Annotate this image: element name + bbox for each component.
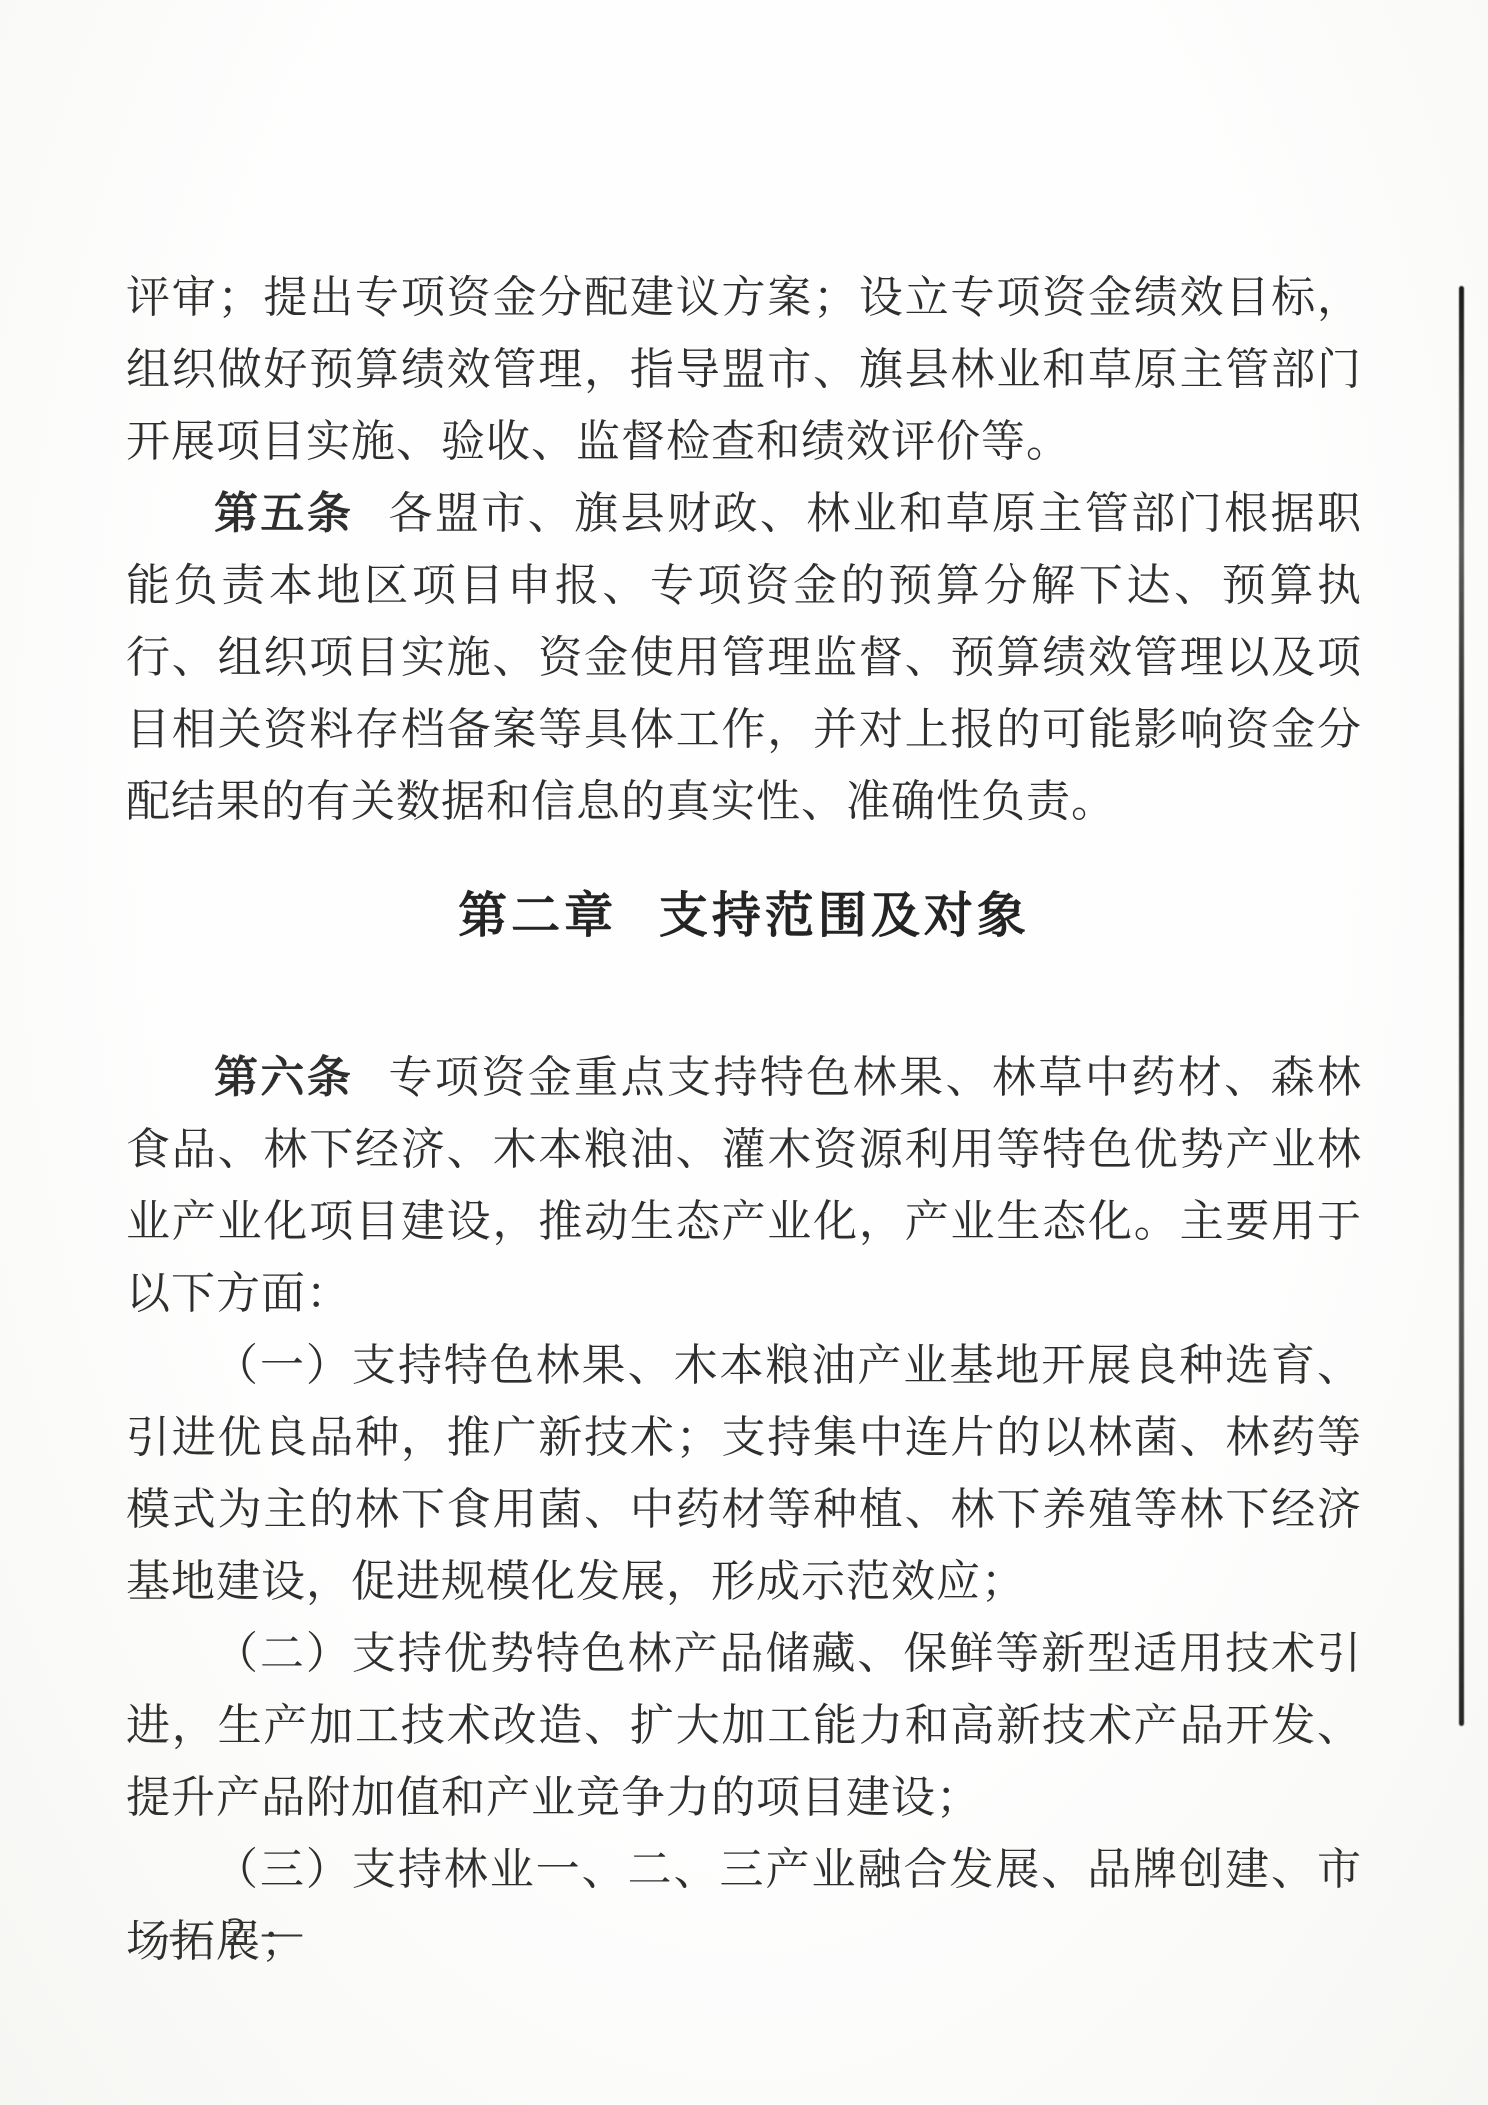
list-item-2: （二）支持优势特色林产品储藏、保鲜等新型适用技术引进，生产加工技术改造、扩大加工… xyxy=(126,1618,1362,1834)
scan-artifact-line xyxy=(1459,286,1464,1726)
chapter-heading: 第二章支持范围及对象 xyxy=(126,874,1362,958)
article-5-paragraph: 第五条各盟市、旗县财政、林业和草原主管部门根据职能负责本地区项目申报、专项资金的… xyxy=(126,478,1362,838)
chapter-number: 第二章 xyxy=(458,889,617,943)
list-item-1: （一）支持特色林果、木本粮油产业基地开展良种选育、引进优良品种，推广新技术；支持… xyxy=(126,1330,1362,1618)
list-item-3: （三）支持林业一、二、三产业融合发展、品牌创建、市场拓展； xyxy=(126,1834,1362,1978)
article-5-label: 第五条 xyxy=(214,489,353,538)
document-body: 评审；提出专项资金分配建议方案；设立专项资金绩效目标，组织做好预算绩效管理，指导… xyxy=(126,262,1362,1978)
article-6-label: 第六条 xyxy=(214,1053,353,1102)
article-6-paragraph: 第六条专项资金重点支持特色林果、林草中药材、森林食品、林下经济、木本粮油、灌木资… xyxy=(126,1042,1362,1330)
article-5-text: 各盟市、旗县财政、林业和草原主管部门根据职能负责本地区项目申报、专项资金的预算分… xyxy=(126,489,1362,826)
paragraph-continuation: 评审；提出专项资金分配建议方案；设立专项资金绩效目标，组织做好预算绩效管理，指导… xyxy=(126,262,1362,478)
chapter-title: 支持范围及对象 xyxy=(659,889,1030,943)
document-page: 评审；提出专项资金分配建议方案；设立专项资金绩效目标，组织做好预算绩效管理，指导… xyxy=(0,0,1488,2105)
page-number: — 2 — xyxy=(170,1908,305,1955)
